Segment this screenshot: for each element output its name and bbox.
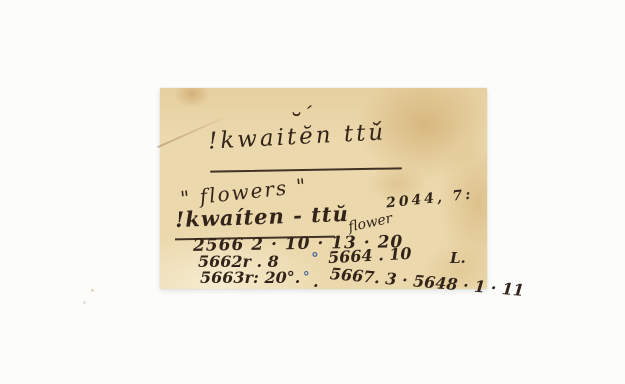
title-breve-mark: ˘: [290, 110, 303, 140]
dust-speck: [83, 301, 86, 304]
blue-pencil-mark: °: [303, 270, 310, 285]
letter-l-mark: L.: [450, 249, 466, 267]
refs-line-3-right: 5667. 3 · 5648 · 1 · 11: [329, 264, 525, 300]
refs-line-3-left: 5663r: 20°.: [200, 268, 300, 287]
entry-reference-number: 2044, 7:: [385, 186, 474, 211]
dust-speck: [91, 289, 94, 292]
entry-term: !kwaíten - ttŭ: [175, 201, 350, 232]
refs-line-3-dot: .: [313, 272, 319, 291]
refs-line-2-right: 5664 . 10: [328, 244, 412, 267]
title-underline: [210, 167, 402, 172]
photo-background: !kwaitĕn ttŭ́ ´ ˘ " flowers " !kwaíten -…: [0, 0, 625, 384]
note-card: !kwaitĕn ttŭ́ ´ ˘ " flowers " !kwaíten -…: [160, 88, 487, 289]
